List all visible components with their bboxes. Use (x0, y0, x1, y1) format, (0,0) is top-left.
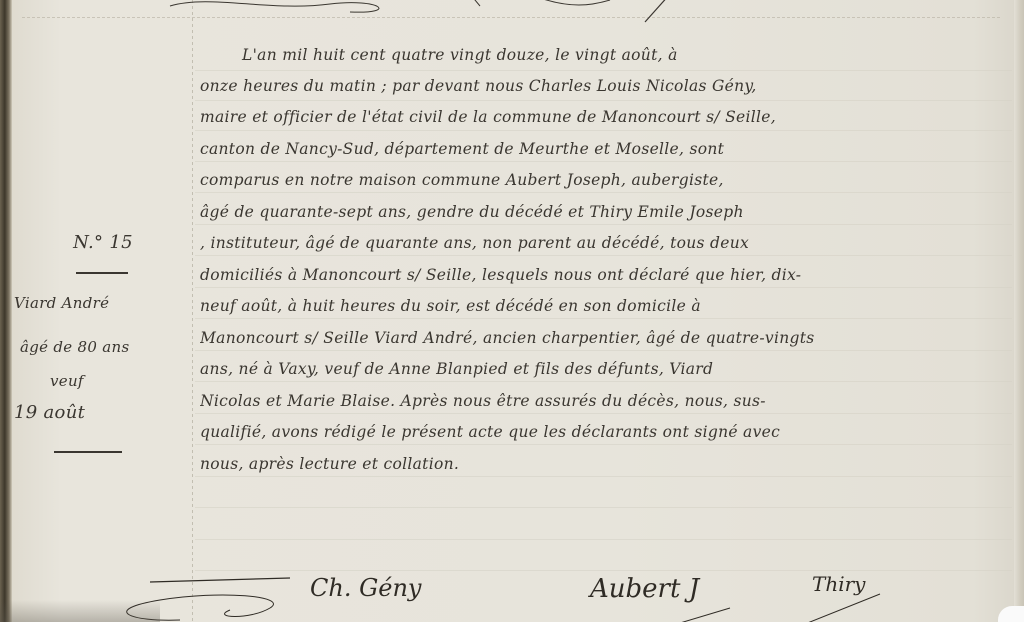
book-binding (0, 0, 12, 622)
register-page: N.° 15 Viard André âgé de 80 ans veuf 19… (0, 0, 1024, 622)
record-line: âgé de quarante-sept ans, gendre du décé… (200, 197, 1015, 227)
record-line: maire et officier de l'état civil de la … (200, 102, 1015, 132)
ruled-line (195, 507, 1012, 508)
record-line: qualifié, avons rédigé le présent acte q… (200, 417, 1015, 447)
ruled-line (195, 539, 1012, 540)
record-line: neuf août, à huit heures du soir, est dé… (200, 291, 1015, 321)
previous-signature-flourish (150, 0, 750, 24)
margin-divider (76, 272, 128, 274)
record-line: ans, né à Vaxy, veuf de Anne Blanpied et… (200, 354, 1015, 384)
page-shadow (0, 600, 160, 622)
signature-underline-stroke (670, 588, 970, 622)
death-date: 19 août (14, 402, 85, 423)
deceased-name: Viard André (14, 294, 109, 312)
record-line: nous, après lecture et collation. (200, 449, 1015, 479)
marital-status: veuf (50, 372, 84, 390)
page-edge (1014, 0, 1024, 622)
page-corner (998, 606, 1024, 622)
record-line: comparus en notre maison commune Aubert … (200, 165, 1015, 195)
deceased-age: âgé de 80 ans (20, 338, 130, 356)
act-number: N.° 15 (28, 232, 178, 253)
record-line: L'an mil huit cent quatre vingt douze, l… (200, 40, 1015, 70)
signature-block: Ch. Gény Aubert J Thiry (200, 570, 1015, 622)
record-line: canton de Nancy-Sud, département de Meur… (200, 134, 1015, 164)
mayor-signature: Ch. Gény (310, 574, 421, 602)
record-line: Manoncourt s/ Seille Viard André, ancien… (200, 323, 1015, 353)
margin-divider (54, 451, 122, 453)
record-line: , instituteur, âgé de quarante ans, non … (200, 228, 1015, 258)
record-line: Nicolas et Marie Blaise. Après nous être… (200, 386, 1015, 416)
margin-rule-line (192, 0, 193, 622)
record-line: onze heures du matin ; par devant nous C… (200, 71, 1015, 101)
record-line: domiciliés à Manoncourt s/ Seille, lesqu… (200, 260, 1015, 290)
